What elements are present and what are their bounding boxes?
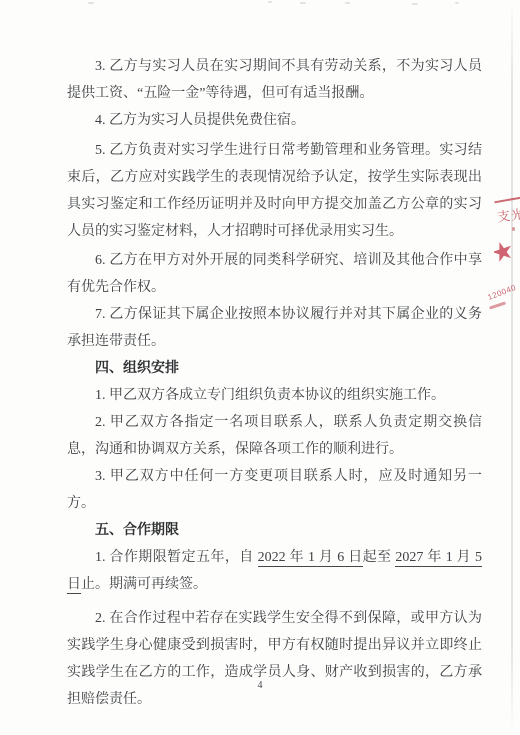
org-clause-3: 3. 甲乙双方中任何一方变更项目联系人时，应及时通知另一方。: [67, 463, 482, 517]
term-clause-1: 1. 合作期限暂定五年，自 2022 年 1 月 6 日起至 2027 年 1 …: [67, 544, 482, 598]
org-clause-1: 1. 甲乙双方各成立专门组织负责本协议的组织实施工作。: [67, 382, 482, 409]
scan-speck: [345, 2, 350, 4]
scan-speck: [300, 2, 306, 4]
clause-6: 6. 乙方在甲方对外开展的同类科学研究、培训及其他合作中享有优先合作权。: [67, 247, 482, 301]
term-text: 起至: [363, 550, 396, 565]
term-start-date: 2022 年 1 月 6 日: [258, 550, 363, 567]
org-clause-2: 2. 甲乙双方各指定一名项目联系人，联系人负责定期交换信息，沟通和协调双方关系，…: [67, 409, 482, 463]
stamp-star-fragment: ★: [494, 237, 516, 269]
section-heading-term: 五、合作期限: [67, 517, 482, 544]
document-body: 3. 乙方与实习人员在实习期间不具有劳动关系，不为实习人员提供工资、“五险一金”…: [67, 53, 482, 713]
scan-speck: [412, 3, 418, 5]
stamp-star-icon: ★: [494, 237, 516, 269]
clause-3: 3. 乙方与实习人员在实习期间不具有劳动关系，不为实习人员提供工资、“五险一金”…: [67, 53, 482, 107]
clause-4: 4. 乙方为实习人员提供免费住宿。: [67, 107, 482, 134]
page-number: 4: [0, 680, 520, 691]
term-text: 止。期满可再续签。: [81, 577, 207, 592]
scan-speck: [455, 2, 459, 4]
stamp-dot-icon: [512, 227, 515, 231]
term-clause-2: 2. 在合作过程中若存在实践学生安全得不到保障，或甲方认为实践学生身心健康受到损…: [67, 605, 482, 713]
stamp-partial-characters: 支光: [496, 203, 520, 225]
page-edge-line: [511, 0, 513, 735]
term-text: 1. 合作期限暂定五年，自: [95, 550, 258, 565]
stamp-dash-icon: [489, 301, 506, 309]
clause-7: 7. 乙方保证其下属企业按照本协议履行并对其下属企业的义务承担连带责任。: [67, 301, 482, 355]
section-heading-organization: 四、组织安排: [67, 355, 482, 382]
scan-speck: [268, 1, 272, 3]
clause-5: 5. 乙方负责对实习学生进行日常考勤管理和业务管理。实习结束后，乙方应对实践学生…: [67, 137, 482, 245]
scan-speck: [88, 2, 94, 4]
document-page: 支光 ★ 120040 3. 乙方与实习人员在实习期间不具有劳动关系，不为实习人…: [0, 0, 520, 735]
